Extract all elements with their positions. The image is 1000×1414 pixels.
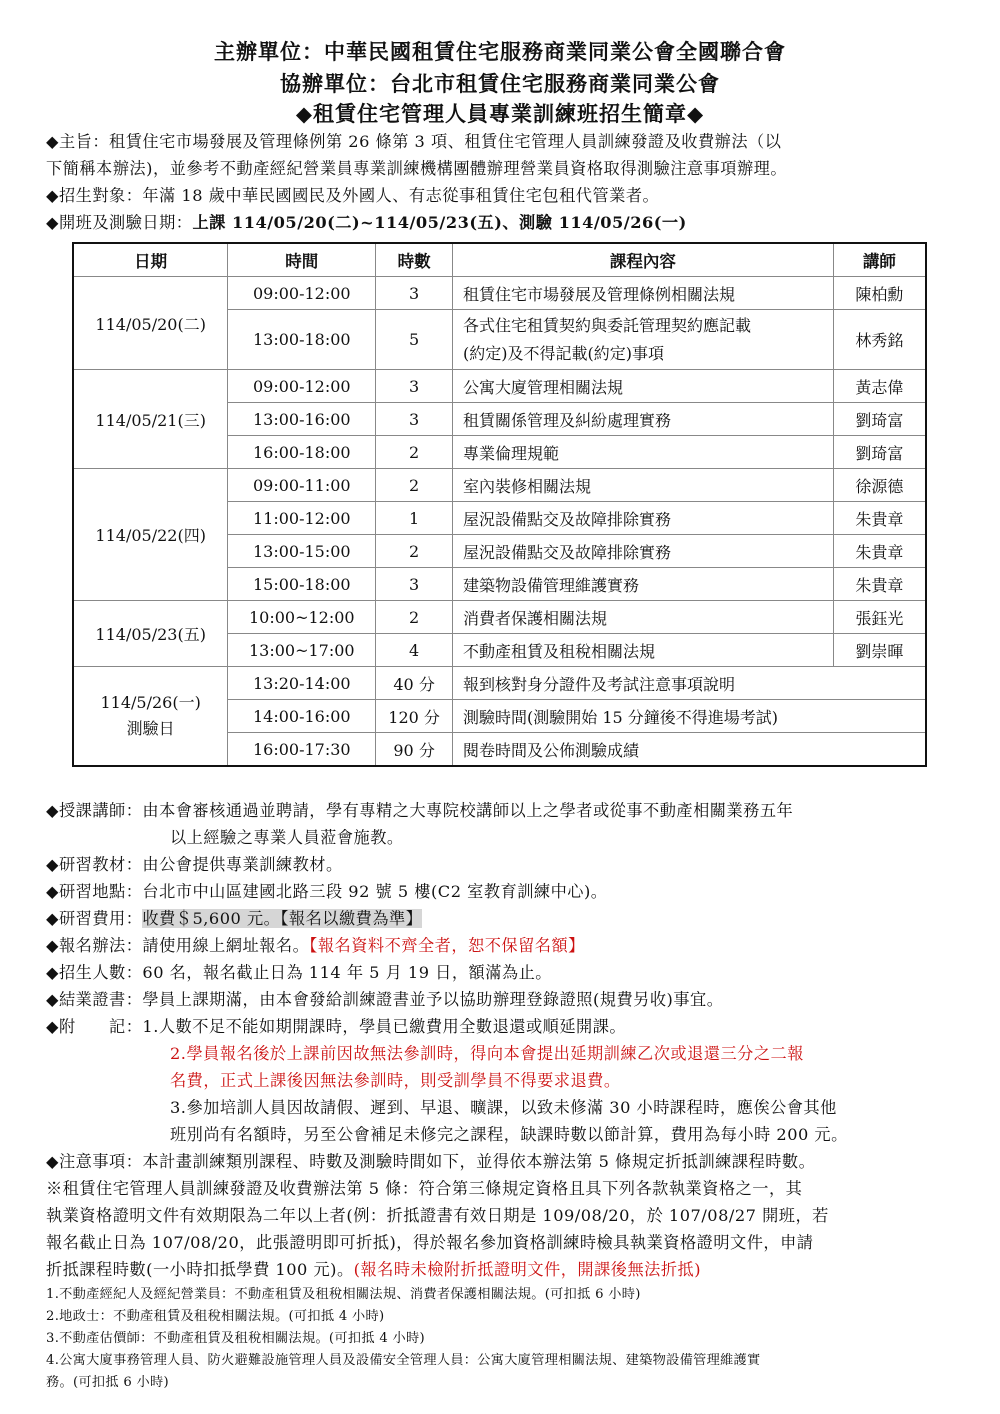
deduction-item: 3.不動產估價師：不動產租賃及租稅相關法規。(可扣抵 4 小時) <box>46 1327 425 1346</box>
purpose-line-2: 下簡稱本辦法)，並參考不動產經紀營業員專業訓練機構團體辦理營業員資格取得測驗注意… <box>46 155 787 179</box>
location-value: 台北市中山區建國北路三段 92 號 5 樓(C2 室教育訓練中心)。 <box>142 882 607 901</box>
materials-label: ◆研習教材： <box>46 855 142 874</box>
deduction-item: 2.地政士：不動產租賃及租稅相關法規。(可扣抵 4 小時) <box>46 1305 384 1324</box>
instructors-value: 由本會審核通過並聘請，學有專精之大專院校講師以上之學者或從事不動產相關業務五年 <box>142 801 793 820</box>
time-cell: 13:00-16:00 <box>228 403 376 436</box>
hours-cell: 90 分 <box>376 733 453 767</box>
certificate-value: 學員上課期滿，由本會發給訓練證書並予以協助辦理登錄證照(規費另收)事宜。 <box>142 990 723 1009</box>
hours-cell: 120 分 <box>376 700 453 733</box>
date-cell: 114/05/21(三) <box>73 370 228 469</box>
article5-line-1: ※租賃住宅管理人員訓練發證及收費辦法第 5 條：符合第三條規定資格且具下列各款執… <box>46 1175 802 1199</box>
course-cell: 公寓大廈管理相關法規 <box>453 370 834 403</box>
date-cell: 114/05/22(四) <box>73 469 228 601</box>
hours-cell: 2 <box>376 436 453 469</box>
instructor-cell: 朱貴章 <box>833 502 926 535</box>
course-cell: 租賃住宅市場發展及管理條例相關法規 <box>453 277 834 310</box>
course-line-2: (約定)及不得記載(約定)事項 <box>463 340 833 368</box>
table-row: 114/05/22(四) 09:00-11:00 2 室內裝修相關法規 徐源德 <box>73 469 926 502</box>
course-cell: 專業倫理規範 <box>453 436 834 469</box>
fee-label: ◆研習費用： <box>46 909 142 928</box>
instructor-cell: 林秀銘 <box>833 310 926 370</box>
hours-cell: 3 <box>376 568 453 601</box>
dates-line: ◆開班及測驗日期：上課 114/05/20(二)~114/05/23(五)、測驗… <box>46 209 687 233</box>
note-3-line-1: 3.參加培訓人員因故請假、遲到、早退、曠課，以致未修滿 30 小時課程時，應俟公… <box>170 1094 837 1118</box>
header-date: 日期 <box>73 243 228 277</box>
exam-day-label: 測驗日 <box>74 716 227 742</box>
date-cell: 114/05/20(二) <box>73 277 228 370</box>
time-cell: 13:20-14:00 <box>228 667 376 700</box>
caution-line: ◆注意事項：本計畫訓練類別課程、時數及測驗時間如下，並得依本辦法第 5 條規定折… <box>46 1148 815 1172</box>
materials-value: 由公會提供專業訓練教材。 <box>142 855 342 874</box>
date-cell: 114/5/26(一) 測驗日 <box>73 667 228 767</box>
table-row: 114/05/23(五) 10:00~12:00 2 消費者保護相關法規 張鈺光 <box>73 601 926 634</box>
instructor-cell: 劉琦富 <box>833 436 926 469</box>
article5-warning: (報名時未檢附折抵證明文件，開課後無法折抵) <box>354 1260 701 1279</box>
purpose-line-1: ◆主旨：租賃住宅市場發展及管理條例第 26 條第 3 項、租賃住宅管理人員訓練發… <box>46 128 781 152</box>
table-row: 114/5/26(一) 測驗日 13:20-14:00 40 分 報到核對身分證… <box>73 667 926 700</box>
instructor-cell: 黃志偉 <box>833 370 926 403</box>
table-row: 114/05/20(二) 09:00-12:00 3 租賃住宅市場發展及管理條例… <box>73 277 926 310</box>
hours-cell: 3 <box>376 277 453 310</box>
location-line: ◆研習地點：台北市中山區建國北路三段 92 號 5 樓(C2 室教育訓練中心)。 <box>46 878 607 902</box>
registration-line: ◆報名辦法：請使用線上網址報名。【報名資料不齊全者，恕不保留名額】 <box>46 932 585 956</box>
capacity-line: ◆招生人數：60 名，報名截止日為 114 年 5 月 19 日，額滿為止。 <box>46 959 552 983</box>
time-cell: 13:00~17:00 <box>228 634 376 667</box>
hours-cell: 2 <box>376 469 453 502</box>
time-cell: 13:00-18:00 <box>228 310 376 370</box>
deduction-item: 務。(可扣抵 6 小時) <box>46 1371 169 1390</box>
course-cell: 室內裝修相關法規 <box>453 469 834 502</box>
hours-cell: 40 分 <box>376 667 453 700</box>
location-label: ◆研習地點： <box>46 882 142 901</box>
instructor-cell: 張鈺光 <box>833 601 926 634</box>
table-header-row: 日期 時間 時數 課程內容 講師 <box>73 243 926 277</box>
header-course: 課程內容 <box>453 243 834 277</box>
course-cell: 閱卷時間及公佈測驗成績 <box>453 733 926 767</box>
instructors-label: ◆授課講師： <box>46 801 142 820</box>
instructors-line-2: 以上經驗之專業人員蒞會施教。 <box>170 824 404 848</box>
table-row: 114/05/21(三) 09:00-12:00 3 公寓大廈管理相關法規 黃志… <box>73 370 926 403</box>
dates-value: 上課 114/05/20(二)~114/05/23(五)、測驗 114/05/2… <box>192 213 686 232</box>
notes-line: ◆附 記：1.人數不足不能如期開課時，學員已繳費用全數退還或順延開課。 <box>46 1013 626 1037</box>
registration-label: ◆報名辦法： <box>46 936 142 955</box>
hours-cell: 2 <box>376 535 453 568</box>
schedule-table: 日期 時間 時數 課程內容 講師 114/05/20(二) 09:00-12:0… <box>72 242 927 767</box>
certificate-line: ◆結業證書：學員上課期滿，由本會發給訓練證書並予以協助辦理登錄證照(規費另收)事… <box>46 986 723 1010</box>
exam-date: 114/5/26(一) <box>74 690 227 716</box>
course-line-1: 各式住宅租賃契約與委託管理契約應記載 <box>463 312 833 340</box>
deduction-item: 4.公寓大廈事務管理人員、防火避難設施管理人員及設備安全管理人員：公寓大廈管理相… <box>46 1349 761 1368</box>
target-line: ◆招生對象：年滿 18 歲中華民國國民及外國人、有志從事租賃住宅包租代管業者。 <box>46 182 659 206</box>
capacity-label: ◆招生人數： <box>46 963 142 982</box>
course-cell: 建築物設備管理維護實務 <box>453 568 834 601</box>
time-cell: 13:00-15:00 <box>228 535 376 568</box>
time-cell: 16:00-18:00 <box>228 436 376 469</box>
instructors-line: ◆授課講師：由本會審核通過並聘請，學有專精之大專院校講師以上之學者或從事不動產相… <box>46 797 793 821</box>
article5-line-2: 執業資格證明文件有效期限為二年以上者(例：折抵證書有效日期是 109/08/20… <box>46 1202 829 1226</box>
notes-label: ◆附 記： <box>46 1017 142 1036</box>
registration-warning: 【報名資料不齊全者，恕不保留名額】 <box>309 936 585 955</box>
date-cell: 114/05/23(五) <box>73 601 228 667</box>
hours-cell: 3 <box>376 403 453 436</box>
instructor-cell: 朱貴章 <box>833 568 926 601</box>
course-cell: 各式住宅租賃契約與委託管理契約應記載 (約定)及不得記載(約定)事項 <box>453 310 834 370</box>
note-1: 1.人數不足不能如期開課時，學員已繳費用全數退還或順延開課。 <box>142 1017 626 1036</box>
recruitment-brochure: 主辦單位：中華民國租賃住宅服務商業同業公會全國聯合會 協辦單位：台北市租賃住宅服… <box>0 0 1000 1414</box>
hours-cell: 3 <box>376 370 453 403</box>
time-cell: 09:00-12:00 <box>228 277 376 310</box>
hours-cell: 4 <box>376 634 453 667</box>
note-3-line-2: 班別尚有名額時，另至公會補足未修完之課程，缺課時數以節計算，費用為每小時 200… <box>170 1121 848 1145</box>
time-cell: 16:00-17:30 <box>228 733 376 767</box>
course-cell: 不動產租賃及租稅相關法規 <box>453 634 834 667</box>
instructor-cell: 朱貴章 <box>833 535 926 568</box>
time-cell: 09:00-12:00 <box>228 370 376 403</box>
article5-line-3: 報名截止日為 107/08/20，此張證明即可折抵)，得於報名參加資格訓練時檢具… <box>46 1229 813 1253</box>
course-cell: 屋況設備點交及故障排除實務 <box>453 502 834 535</box>
course-cell: 消費者保護相關法規 <box>453 601 834 634</box>
course-cell: 報到核對身分證件及考試注意事項說明 <box>453 667 926 700</box>
brochure-title: ◆租賃住宅管理人員專業訓練班招生簡章◆ <box>0 98 1000 128</box>
time-cell: 10:00~12:00 <box>228 601 376 634</box>
course-cell: 租賃關係管理及糾紛處理實務 <box>453 403 834 436</box>
dates-label: ◆開班及測驗日期： <box>46 213 192 232</box>
header-instructor: 講師 <box>833 243 926 277</box>
time-cell: 14:00-16:00 <box>228 700 376 733</box>
organizer-heading: 主辦單位：中華民國租賃住宅服務商業同業公會全國聯合會 <box>0 36 1000 66</box>
registration-value: 請使用線上網址報名。 <box>142 936 309 955</box>
note-2-line-1: 2.學員報名後於上課前因故無法參訓時，得向本會提出延期訓練乙次或退還三分之二報 <box>170 1040 804 1064</box>
instructor-cell: 劉崇暉 <box>833 634 926 667</box>
fee-value: 收費＄5,600 元。【報名以繳費為準】 <box>142 909 422 928</box>
deduction-item: 1.不動產經紀人及經紀營業員：不動產租賃及租稅相關法規、消費者保護相關法規。(可… <box>46 1283 641 1302</box>
co-organizer-heading: 協辦單位：台北市租賃住宅服務商業同業公會 <box>0 68 1000 98</box>
header-hours: 時數 <box>376 243 453 277</box>
course-cell: 測驗時間(測驗開始 15 分鐘後不得進場考試) <box>453 700 926 733</box>
note-2-line-2: 名費，正式上課後因無法參訓時，則受訓學員不得要求退費。 <box>170 1067 621 1091</box>
materials-line: ◆研習教材：由公會提供專業訓練教材。 <box>46 851 343 875</box>
header-time: 時間 <box>228 243 376 277</box>
instructor-cell: 劉琦富 <box>833 403 926 436</box>
time-cell: 09:00-11:00 <box>228 469 376 502</box>
instructor-cell: 陳柏勳 <box>833 277 926 310</box>
instructor-cell: 徐源德 <box>833 469 926 502</box>
time-cell: 11:00-12:00 <box>228 502 376 535</box>
time-cell: 15:00-18:00 <box>228 568 376 601</box>
hours-cell: 1 <box>376 502 453 535</box>
article5-line-4: 折抵課程時數(一小時扣抵學費 100 元)。(報名時未檢附折抵證明文件，開課後無… <box>46 1256 701 1280</box>
course-cell: 屋況設備點交及故障排除實務 <box>453 535 834 568</box>
article5-text: 折抵課程時數(一小時扣抵學費 100 元)。 <box>46 1260 354 1279</box>
hours-cell: 2 <box>376 601 453 634</box>
capacity-value: 60 名，報名截止日為 114 年 5 月 19 日，額滿為止。 <box>142 963 552 982</box>
hours-cell: 5 <box>376 310 453 370</box>
certificate-label: ◆結業證書： <box>46 990 142 1009</box>
fee-line: ◆研習費用：收費＄5,600 元。【報名以繳費為準】 <box>46 905 422 929</box>
